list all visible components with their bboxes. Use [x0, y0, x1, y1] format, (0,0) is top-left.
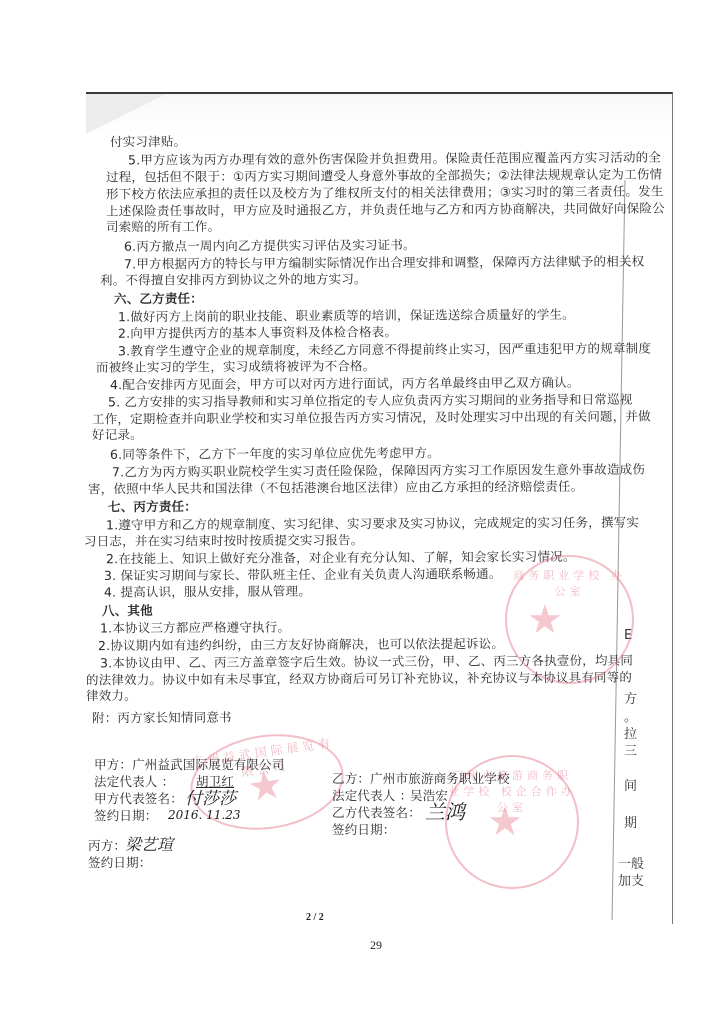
page-of-indicator: 2 / 2 — [306, 912, 324, 923]
body-line: 1.本协议三方都应严格遵守执行。 — [100, 618, 290, 637]
party-a-date: 2016. 11.23 — [168, 808, 241, 822]
body-line: 司索赔的所有工作。 — [106, 217, 220, 236]
body-line: 习日志，并在实习结束时按时按质提交实习报告。 — [84, 530, 363, 549]
underlying-page-fragment: 加支 — [618, 870, 644, 889]
party-a-sign-label: 甲方代表签名： — [94, 789, 183, 807]
folded-corner — [86, 94, 166, 134]
party-b-date-label: 签约日期： — [332, 820, 396, 838]
body-line: 工作，定期检查并向职业学校和实习单位报告丙方实习情况，及时处理实习中出现的有关问… — [92, 407, 651, 428]
body-line: 利。不得擅自安排丙方到协议之外的地方实习。 — [100, 269, 367, 288]
body-line: 6.同等条件下，乙方下一年度的实习单位应优先考虑甲方。 — [110, 443, 440, 463]
body-line: 律效力。 — [86, 686, 137, 704]
body-line: 附：丙方家长知情同意书 — [92, 708, 232, 727]
underlying-page-fragment: 期 — [624, 812, 637, 831]
body-line: 而被终止实习的学生，实习成绩将被评为不合格。 — [96, 356, 375, 375]
party-c-name: 丙方： — [88, 836, 126, 854]
underlying-page-fragment: 间 — [624, 775, 637, 794]
body-line: 2.向甲方提供丙方的基本人事资料及体检合格表。 — [118, 322, 397, 341]
body-line: 好记录。 — [92, 425, 143, 443]
body-line: 4. 提高认识，服从安排，服从管理。 — [104, 581, 311, 600]
party-a-date-label: 签约日期： — [94, 806, 158, 824]
party-b-name: 乙方：广州市旅游商务职业学校 — [332, 769, 510, 787]
office-stamp: 商务职业学校 办公室 ★ — [505, 555, 634, 684]
party-c-date-label: 签约日期： — [88, 853, 152, 871]
party-a-legal-rep-label: 法定代表人 ： — [94, 772, 174, 790]
section-heading: 八、其他 — [102, 601, 153, 619]
stamp-star-icon: ★ — [527, 597, 563, 643]
party-a-signature: 付莎莎 — [185, 784, 236, 809]
party-b-sign-label: 乙方代表签名： — [332, 803, 421, 821]
party-b-signature: 兰鸿 — [425, 796, 465, 825]
party-c-signature: 梁艺瑄 — [125, 832, 173, 855]
section-heading: 六、乙方责任： — [114, 289, 203, 307]
body-line: 6.丙方撤点一周内向乙方提供实习评估及实习证书。 — [124, 235, 416, 255]
party-b-legal-rep-label: 法定代表人 ： — [332, 786, 412, 804]
body-line: 付实习津贴。 — [110, 132, 186, 150]
page-number: 29 — [370, 938, 382, 953]
section-heading: 七、丙方责任： — [108, 497, 197, 515]
underlying-page-fragment: 三 — [624, 740, 637, 759]
underlying-page-fragment: 方 — [624, 688, 637, 707]
party-a-name: 甲方：广州益武国际展览有限公司 — [94, 755, 285, 773]
body-line: 害，依照中华人民共和国法律（不包括港澳台地区法律）应由乙方承担的经济赔偿责任。 — [88, 477, 583, 498]
stamp-star-icon: ★ — [487, 799, 523, 845]
